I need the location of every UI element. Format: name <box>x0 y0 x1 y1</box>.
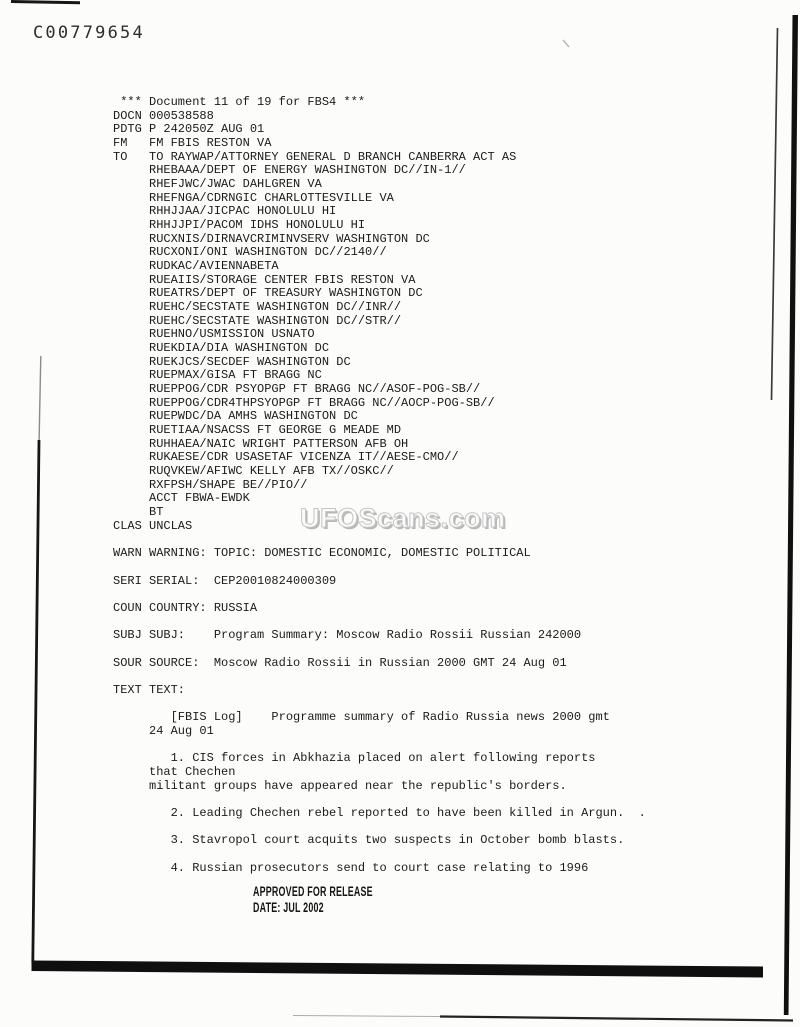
scan-artifact-right-thin-line <box>772 28 778 400</box>
scan-artifact-bottom-thin-faint <box>293 1016 440 1017</box>
watermark-text: UFOScans.com <box>300 503 506 534</box>
scan-artifact-stray-tick <box>563 40 569 47</box>
scan-artifact-right-bar <box>784 15 798 1015</box>
scan-artifact-bottom-bar <box>32 961 764 978</box>
scan-artifact-left-line-faint <box>39 356 41 470</box>
stamp-line-2: DATE: JUL 2002 <box>253 900 373 916</box>
scan-artifact-top-line <box>11 2 80 3</box>
approved-for-release-stamp: APPROVED FOR RELEASE DATE: JUL 2002 <box>253 884 373 915</box>
document-body-text: *** Document 11 of 19 for FBS4 *** DOCN … <box>113 96 646 875</box>
scanned-document-page: C00779654 *** Document 11 of 19 for FBS4… <box>0 0 800 1027</box>
scan-reference-number: C00779654 <box>33 23 145 43</box>
stamp-line-1: APPROVED FOR RELEASE <box>253 884 373 900</box>
scan-artifact-bottom-thin-line <box>440 1017 793 1021</box>
scan-artifact-left-line <box>33 440 39 963</box>
